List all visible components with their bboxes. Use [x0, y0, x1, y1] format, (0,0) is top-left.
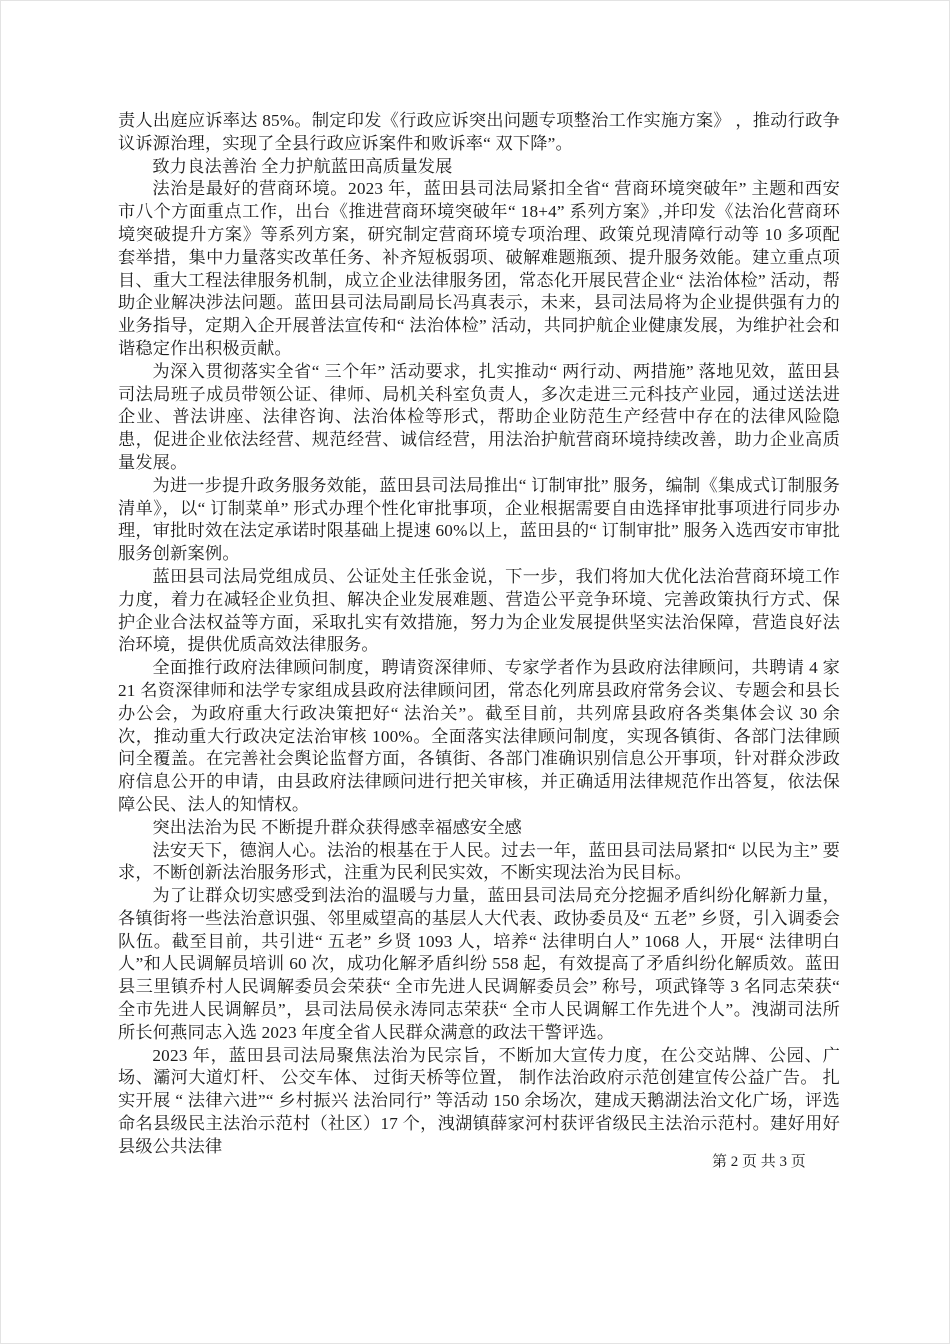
paragraph: 法安天下，德润人心。法治的根基在于人民。过去一年，蓝田县司法局紧扣“ 以民为主”… — [118, 840, 840, 886]
document-page: 责人出庭应诉率达 85%。制定印发《行政应诉突出问题专项整治工作实施方案》 ，推… — [0, 0, 950, 1344]
paragraph: 为深入贯彻落实全省“ 三个年” 活动要求，扎实推动“ 两行动、两措施” 落地见效… — [118, 361, 840, 475]
paragraph: 蓝田县司法局党组成员、公证处主任张金说，下一步，我们将加大优化法治营商环境工作力… — [118, 566, 840, 657]
paragraph: 突出法治为民 不断提升群众获得感幸福感安全感 — [118, 817, 840, 840]
paragraph: 责人出庭应诉率达 85%。制定印发《行政应诉突出问题专项整治工作实施方案》 ，推… — [118, 110, 840, 156]
paragraph: 全面推行政府法律顾问制度，聘请资深律师、专家学者作为县政府法律顾问，共聘请 4 … — [118, 657, 840, 817]
paragraph: 致力良法善治 全力护航蓝田高质量发展 — [118, 156, 840, 179]
paragraph: 法治是最好的营商环境。2023 年，蓝田县司法局紧扣全省“ 营商环境突破年” 主… — [118, 178, 840, 360]
document-body: 责人出庭应诉率达 85%。制定印发《行政应诉突出问题专项整治工作实施方案》 ，推… — [118, 110, 840, 1159]
paragraph: 为了让群众切实感受到法治的温暖与力量，蓝田县司法局充分挖掘矛盾纠纷化解新力量，各… — [118, 885, 840, 1045]
paragraph: 2023 年，蓝田县司法局聚焦法治为民宗旨，不断加大宣传力度，在公交站牌、公园、… — [118, 1045, 840, 1159]
page-number-footer: 第 2 页 共 3 页 — [712, 1152, 822, 1172]
paragraph: 为进一步提升政务服务效能，蓝田县司法局推出“ 订制审批” 服务，编制《集成式订制… — [118, 475, 840, 566]
